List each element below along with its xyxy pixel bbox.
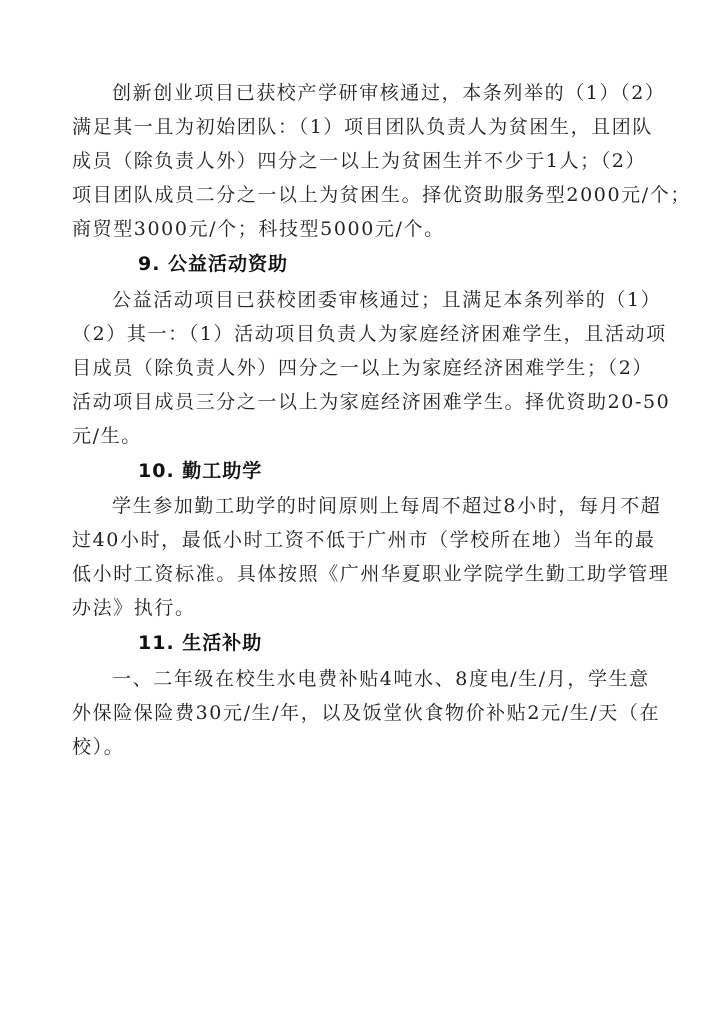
paragraph-line: 外保险保险费30元/生/年，以及饭堂伙食物价补贴2元/生/天（在 (72, 700, 648, 726)
document-page: 创新创业项目已获校产学研审核通过，本条列举的（1）（2） 满足其一且为初始团队：… (0, 0, 720, 1018)
section-heading: 9. 公益活动资助 (138, 251, 288, 277)
paragraph-line: （2）其一：（1）活动项目负责人为家庭经济困难学生，且活动项 (72, 321, 648, 347)
paragraph-line: 学生参加勤工助学的时间原则上每周不超过8小时，每月不超 (112, 493, 648, 519)
paragraph-line: 低小时工资标准。具体按照《广州华夏职业学院学生勤工助学管理 (72, 561, 648, 587)
paragraph-line: 项目团队成员二分之一以上为贫困生。择优资助服务型2000元/个； (72, 182, 648, 208)
paragraph-line: 元/生。 (72, 423, 648, 449)
paragraph-line: 公益活动项目已获校团委审核通过；且满足本条列举的（1） (112, 287, 648, 313)
section-heading: 11. 生活补助 (138, 630, 262, 656)
paragraph-line: 过40小时，最低小时工资不低于广州市（学校所在地）当年的最 (72, 527, 648, 553)
paragraph-line: 满足其一且为初始团队：（1）项目团队负责人为贫困生，且团队 (72, 114, 648, 140)
paragraph-line: 一、二年级在校生水电费补贴4吨水、8度电/生/月，学生意 (112, 666, 648, 692)
paragraph-line: 目成员（除负责人外）四分之一以上为家庭经济困难学生；（2） (72, 355, 648, 381)
paragraph-line: 创新创业项目已获校产学研审核通过，本条列举的（1）（2） (112, 80, 648, 106)
paragraph-line: 活动项目成员三分之一以上为家庭经济困难学生。择优资助20-50 (72, 389, 648, 415)
paragraph-line: 商贸型3000元/个；科技型5000元/个。 (72, 216, 648, 242)
paragraph-line: 办法》执行。 (72, 595, 648, 621)
paragraph-line: 成员（除负责人外）四分之一以上为贫困生并不少于1人；（2） (72, 148, 648, 174)
paragraph-line: 校）。 (72, 734, 648, 760)
section-heading: 10. 勤工助学 (138, 458, 262, 484)
